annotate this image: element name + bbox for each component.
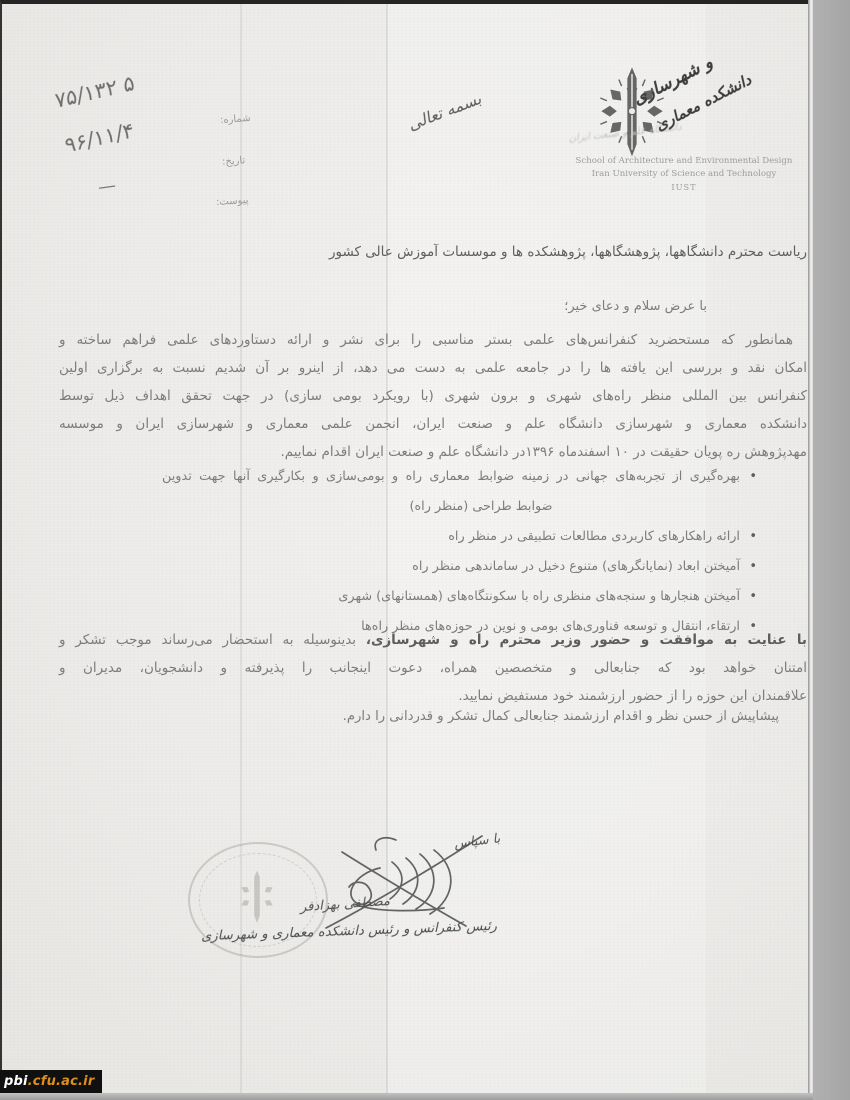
list-item-text: آمیختن ابعاد (نمایانگرهای) متنوع دخیل در…: [412, 559, 740, 574]
list-item: • ارائه راهکارهای کاربردی مطالعات تطبیقی…: [162, 522, 740, 552]
date-label: تاریخ:: [222, 155, 246, 168]
paragraph-line: علاقمندان این حوزه را از حضور ارزشمند خو…: [59, 682, 807, 710]
bullet-dot-icon: •: [749, 552, 757, 582]
paragraph-line: دانشکده معماری و شهرسازی دانشگاه علم و ص…: [59, 410, 807, 438]
bullet-dot-icon: •: [749, 522, 757, 552]
final-thanks-line: پیشاپیش از حسن نظر و اقدام ارزشمند جنابع…: [59, 709, 779, 724]
paragraph-line: امکان نقد و بررسی این یافته ها را در جام…: [59, 354, 807, 382]
bullet-dot-icon: •: [749, 582, 757, 612]
recipient-line: ریاست محترم دانشگاهها، پژوهشگاهها، پژوهش…: [59, 244, 807, 260]
site-watermark: pbi.cfu.ac.ir: [0, 1070, 102, 1093]
handwritten-letter-number: ۷۵/۱۳۲ ۵: [54, 71, 136, 113]
list-item-text: ارائه راهکارهای کاربردی مطالعات تطبیقی د…: [448, 529, 740, 544]
list-item-text: آمیختن هنجارها و سنجه‌های منظری راه با س…: [338, 589, 740, 604]
list-item-continuation: ضوابط طراحی (منظر راه): [162, 492, 740, 522]
stamp-logo-icon: [236, 868, 278, 928]
paragraph-line: امتنان خواهد بود که جنابعالی و متخصصین ه…: [59, 654, 807, 682]
attachment-label: پیوست:: [216, 195, 249, 208]
paragraph-line: کنفرانس بین المللی منظر راه‌های شهری و ب…: [59, 382, 807, 410]
letterhead-english: School of Architecture and Environmental…: [550, 156, 818, 192]
scanner-background-bottom: [0, 1093, 813, 1100]
handwritten-attachment-dash: —: [97, 175, 118, 198]
school-name-en: School of Architecture and Environmental…: [550, 156, 818, 166]
bullet-dot-icon: •: [749, 462, 757, 492]
body-paragraph-1: همانطور که مستحضرید کنفرانس‌های علمی بست…: [59, 326, 807, 466]
list-item-text: بهره‌گیری از تجربه‌های جهانی در زمینه ضو…: [162, 469, 740, 484]
handwritten-letter-date: ۹۶/۱۱/۴: [63, 118, 135, 158]
scanned-letter-page: { "meta": { "number_label": "شماره:", "n…: [0, 0, 850, 1100]
paragraph-text: بدینوسیله به استحضار می‌رساند موجب تشکر …: [59, 632, 356, 648]
body-paragraph-2: با عنایت به موافقت و حضور وزیر محترم راه…: [59, 626, 807, 710]
watermark-suffix: .cfu.ac.ir: [28, 1074, 95, 1089]
university-name-en: Iran University of Science and Technolog…: [550, 169, 818, 179]
scanner-background: [813, 0, 850, 1100]
letter-paper: شماره: تاریخ: پیوست: ۷۵/۱۳۲ ۵ ۹۶/۱۱/۴ — …: [0, 0, 808, 1093]
university-abbreviation: IUST: [550, 182, 818, 192]
bold-phrase: با عنایت به موافقت و حضور وزیر محترم راه…: [366, 632, 807, 648]
list-item: • آمیختن هنجارها و سنجه‌های منظری راه با…: [162, 582, 740, 612]
watermark-prefix: pbi: [4, 1074, 28, 1089]
list-item: • بهره‌گیری از تجربه‌های جهانی در زمینه …: [162, 462, 740, 492]
list-item: • آمیختن ابعاد (نمایانگرهای) متنوع دخیل …: [162, 552, 740, 582]
greeting-line: با عرض سلام و دعای خیر؛: [59, 299, 707, 314]
paragraph-line: همانطور که مستحضرید کنفرانس‌های علمی بست…: [59, 326, 807, 354]
conference-goals-list: • بهره‌گیری از تجربه‌های جهانی در زمینه …: [162, 462, 740, 642]
paragraph-line: با عنایت به موافقت و حضور وزیر محترم راه…: [59, 626, 807, 654]
number-label: شماره:: [220, 113, 251, 126]
